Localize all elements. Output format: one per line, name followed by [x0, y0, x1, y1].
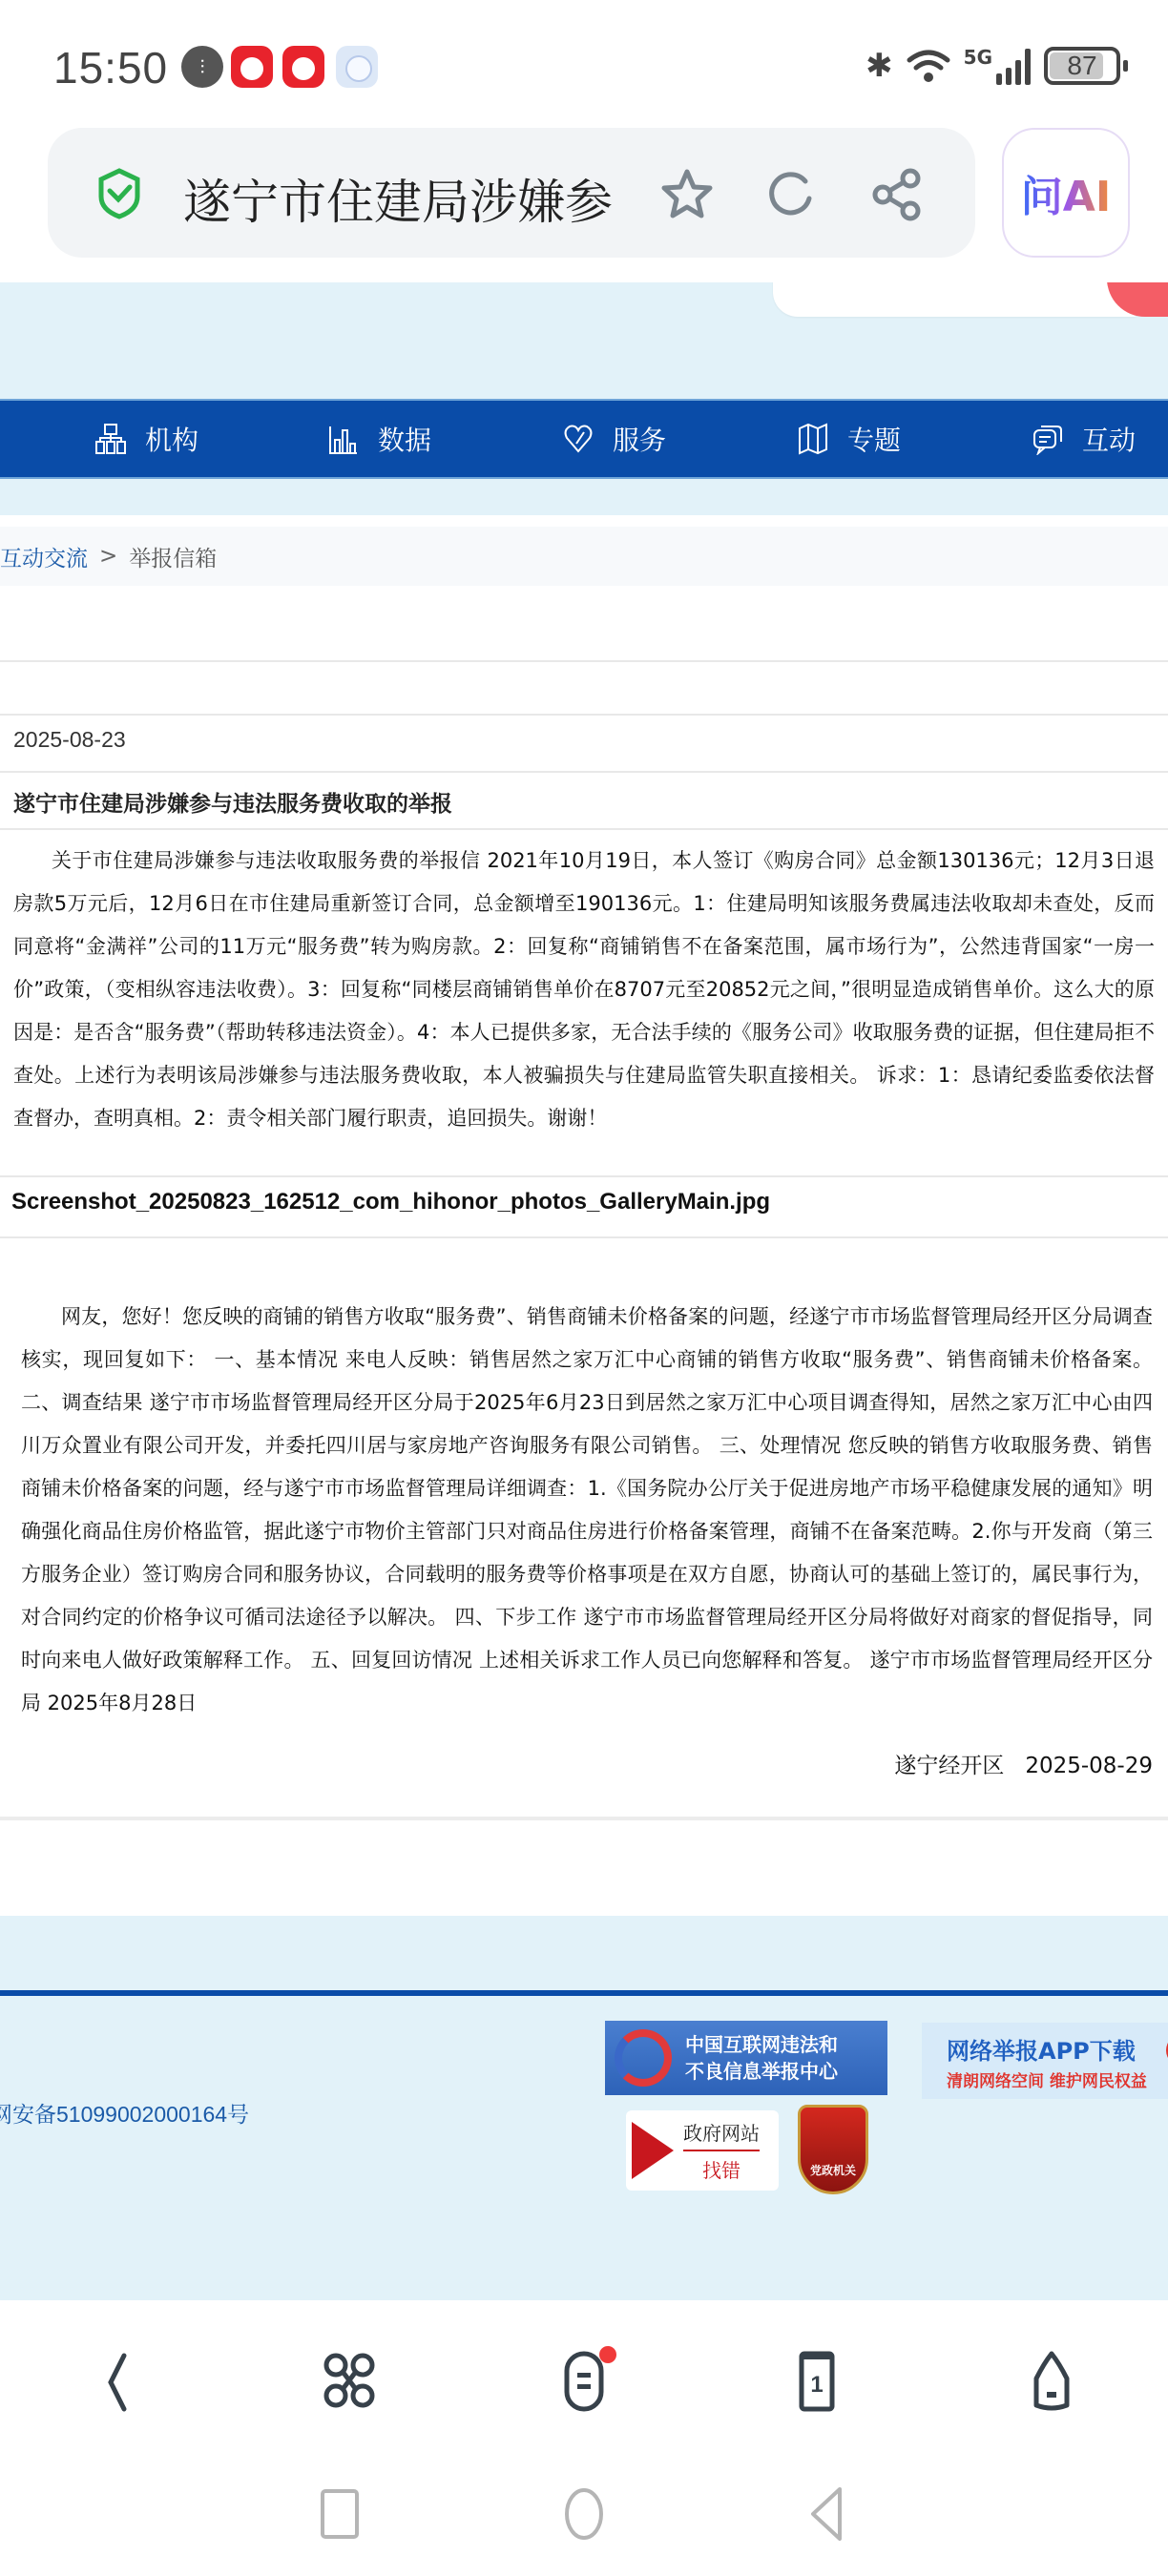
- main-nav: 机构 数据 服务 专题 互动: [0, 399, 1168, 479]
- reply-date: 2025-08-29: [1025, 1754, 1153, 1778]
- report-center-logo-icon: [615, 2029, 672, 2087]
- badge-text: 党政机关: [810, 2162, 856, 2178]
- nav-item-org[interactable]: 机构: [95, 401, 198, 477]
- status-icons: ✱ 5G 87: [866, 44, 1120, 88]
- menu-button[interactable]: [546, 2342, 622, 2419]
- chevron-left-icon: [82, 2346, 151, 2415]
- battery-icon: 87: [1044, 47, 1120, 85]
- shortcuts-button[interactable]: [311, 2342, 387, 2419]
- bar-chart-icon: [328, 423, 359, 455]
- nav-item-interact[interactable]: 互动: [1032, 401, 1136, 477]
- reply-body: 网友，您好！您反映的商铺的销售方收取“服务费”、销售商铺未价格备案的问题，经遂宁…: [21, 1296, 1153, 1725]
- letter-date: 2025-08-23: [13, 727, 126, 753]
- page-title[interactable]: 遂宁市住建局涉嫌参: [183, 164, 632, 233]
- nav-item-topics[interactable]: 专题: [798, 401, 901, 477]
- reply-signature: 遂宁经开区2025-08-29: [894, 1748, 1153, 1779]
- nav-label: 数据: [378, 420, 431, 458]
- tabs-icon: 1: [782, 2346, 851, 2415]
- divider: [0, 1175, 1168, 1177]
- address-bar[interactable]: 遂宁市住建局涉嫌参: [48, 128, 975, 258]
- org-chart-icon: [95, 423, 126, 455]
- reload-icon[interactable]: [763, 166, 821, 223]
- divider: [0, 828, 1168, 830]
- ai-assistant-icon: [336, 46, 378, 88]
- back-button[interactable]: [78, 2342, 155, 2419]
- badge-text: 政府网站: [683, 2118, 760, 2151]
- back-triangle-icon[interactable]: [798, 2485, 855, 2543]
- magnifier-icon: [632, 2122, 674, 2179]
- heart-icon: [563, 423, 594, 455]
- home-icon: [1017, 2346, 1086, 2415]
- divider: [0, 660, 1168, 662]
- ask-ai-button[interactable]: 问AI: [1002, 128, 1130, 258]
- breadcrumb-separator: >: [99, 544, 117, 569]
- site-footer: 网安备51099002000164号 中国互联网违法和 不良信息举报中心 网络举…: [0, 1916, 1168, 2300]
- network-type: 5G: [964, 46, 992, 69]
- site-search-input[interactable]: [773, 282, 1136, 317]
- nav-item-service[interactable]: 服务: [563, 401, 666, 477]
- nav-label: 专题: [847, 420, 901, 458]
- nav-label: 服务: [613, 420, 666, 458]
- ask-ai-label: 问AI: [1021, 162, 1111, 223]
- jd-app-icon: [231, 46, 273, 88]
- footer-divider: [0, 1990, 1168, 1996]
- share-icon[interactable]: [868, 166, 926, 223]
- secure-shield-icon: [97, 168, 141, 219]
- recents-square-icon[interactable]: [311, 2485, 368, 2543]
- jd-app-icon: [282, 46, 324, 88]
- wifi-icon: [907, 47, 950, 85]
- reply-department: 遂宁经开区: [894, 1754, 1004, 1778]
- notification-dot: [599, 2346, 616, 2363]
- chat-icon: [1032, 423, 1063, 455]
- status-time: 15:50: [53, 42, 168, 93]
- letter-title: 遂宁市住建局涉嫌参与违法服务费收取的举报: [13, 786, 452, 818]
- voice-assistant-icon: ⫶: [181, 46, 223, 88]
- breadcrumb-link-interact[interactable]: 互动交流: [0, 541, 88, 572]
- nav-spacer: [0, 479, 1168, 515]
- bookmark-star-icon[interactable]: [658, 166, 716, 223]
- battery-level: 87: [1067, 51, 1096, 81]
- beian-number[interactable]: 网安备51099002000164号: [0, 2097, 249, 2129]
- divider: [0, 714, 1168, 716]
- shortcuts-icon: [315, 2346, 384, 2415]
- badge-text: 网络举报APP下载: [947, 2032, 1168, 2066]
- report-center-badge[interactable]: 中国互联网违法和 不良信息举报中心: [605, 2021, 887, 2095]
- home-circle-icon[interactable]: [555, 2485, 613, 2543]
- divider: [0, 1817, 1168, 1820]
- breadcrumb-current: 举报信箱: [129, 541, 217, 572]
- badge-text: 清朗网络空间 维护网民权益: [947, 2067, 1168, 2091]
- badge-text: 不良信息举报中心: [685, 2058, 838, 2085]
- breadcrumb: 互动交流 > 举报信箱: [0, 527, 1168, 586]
- web-page: 机构 数据 服务 专题 互动 互动交流 > 举报信箱 2025-08-23 遂宁…: [0, 282, 1168, 2300]
- letter-body: 关于市住建局涉嫌参与违法收取服务费的举报信 2021年10月19日，本人签订《购…: [13, 840, 1155, 1140]
- badge-text: 中国互联网违法和: [685, 2031, 838, 2058]
- attachment-link[interactable]: Screenshot_20250823_162512_com_hihonor_p…: [11, 1189, 770, 1215]
- nav-label: 互动: [1082, 420, 1136, 458]
- bluetooth-icon: ✱: [866, 47, 893, 85]
- divider: [0, 1236, 1168, 1238]
- tabs-button[interactable]: 1: [779, 2342, 855, 2419]
- party-gov-badge[interactable]: 党政机关: [798, 2105, 868, 2194]
- badge-text: 找错: [683, 2155, 760, 2183]
- browser-toolbar: 1: [0, 2300, 1168, 2453]
- system-nav-bar: [0, 2453, 1168, 2576]
- gov-site-error-report-badge[interactable]: 政府网站 找错: [626, 2110, 779, 2191]
- map-icon: [798, 423, 828, 455]
- svg-text:1: 1: [810, 2372, 823, 2398]
- divider: [0, 771, 1168, 773]
- status-bar: 15:50 ⫶ ✱ 5G 87: [0, 0, 1168, 134]
- home-button[interactable]: [1013, 2342, 1090, 2419]
- nav-label: 机构: [145, 420, 198, 458]
- signal-icon: [996, 47, 1031, 85]
- report-app-download-badge[interactable]: 网络举报APP下载 清朗网络空间 维护网民权益: [922, 2023, 1168, 2099]
- nav-item-data[interactable]: 数据: [328, 401, 431, 477]
